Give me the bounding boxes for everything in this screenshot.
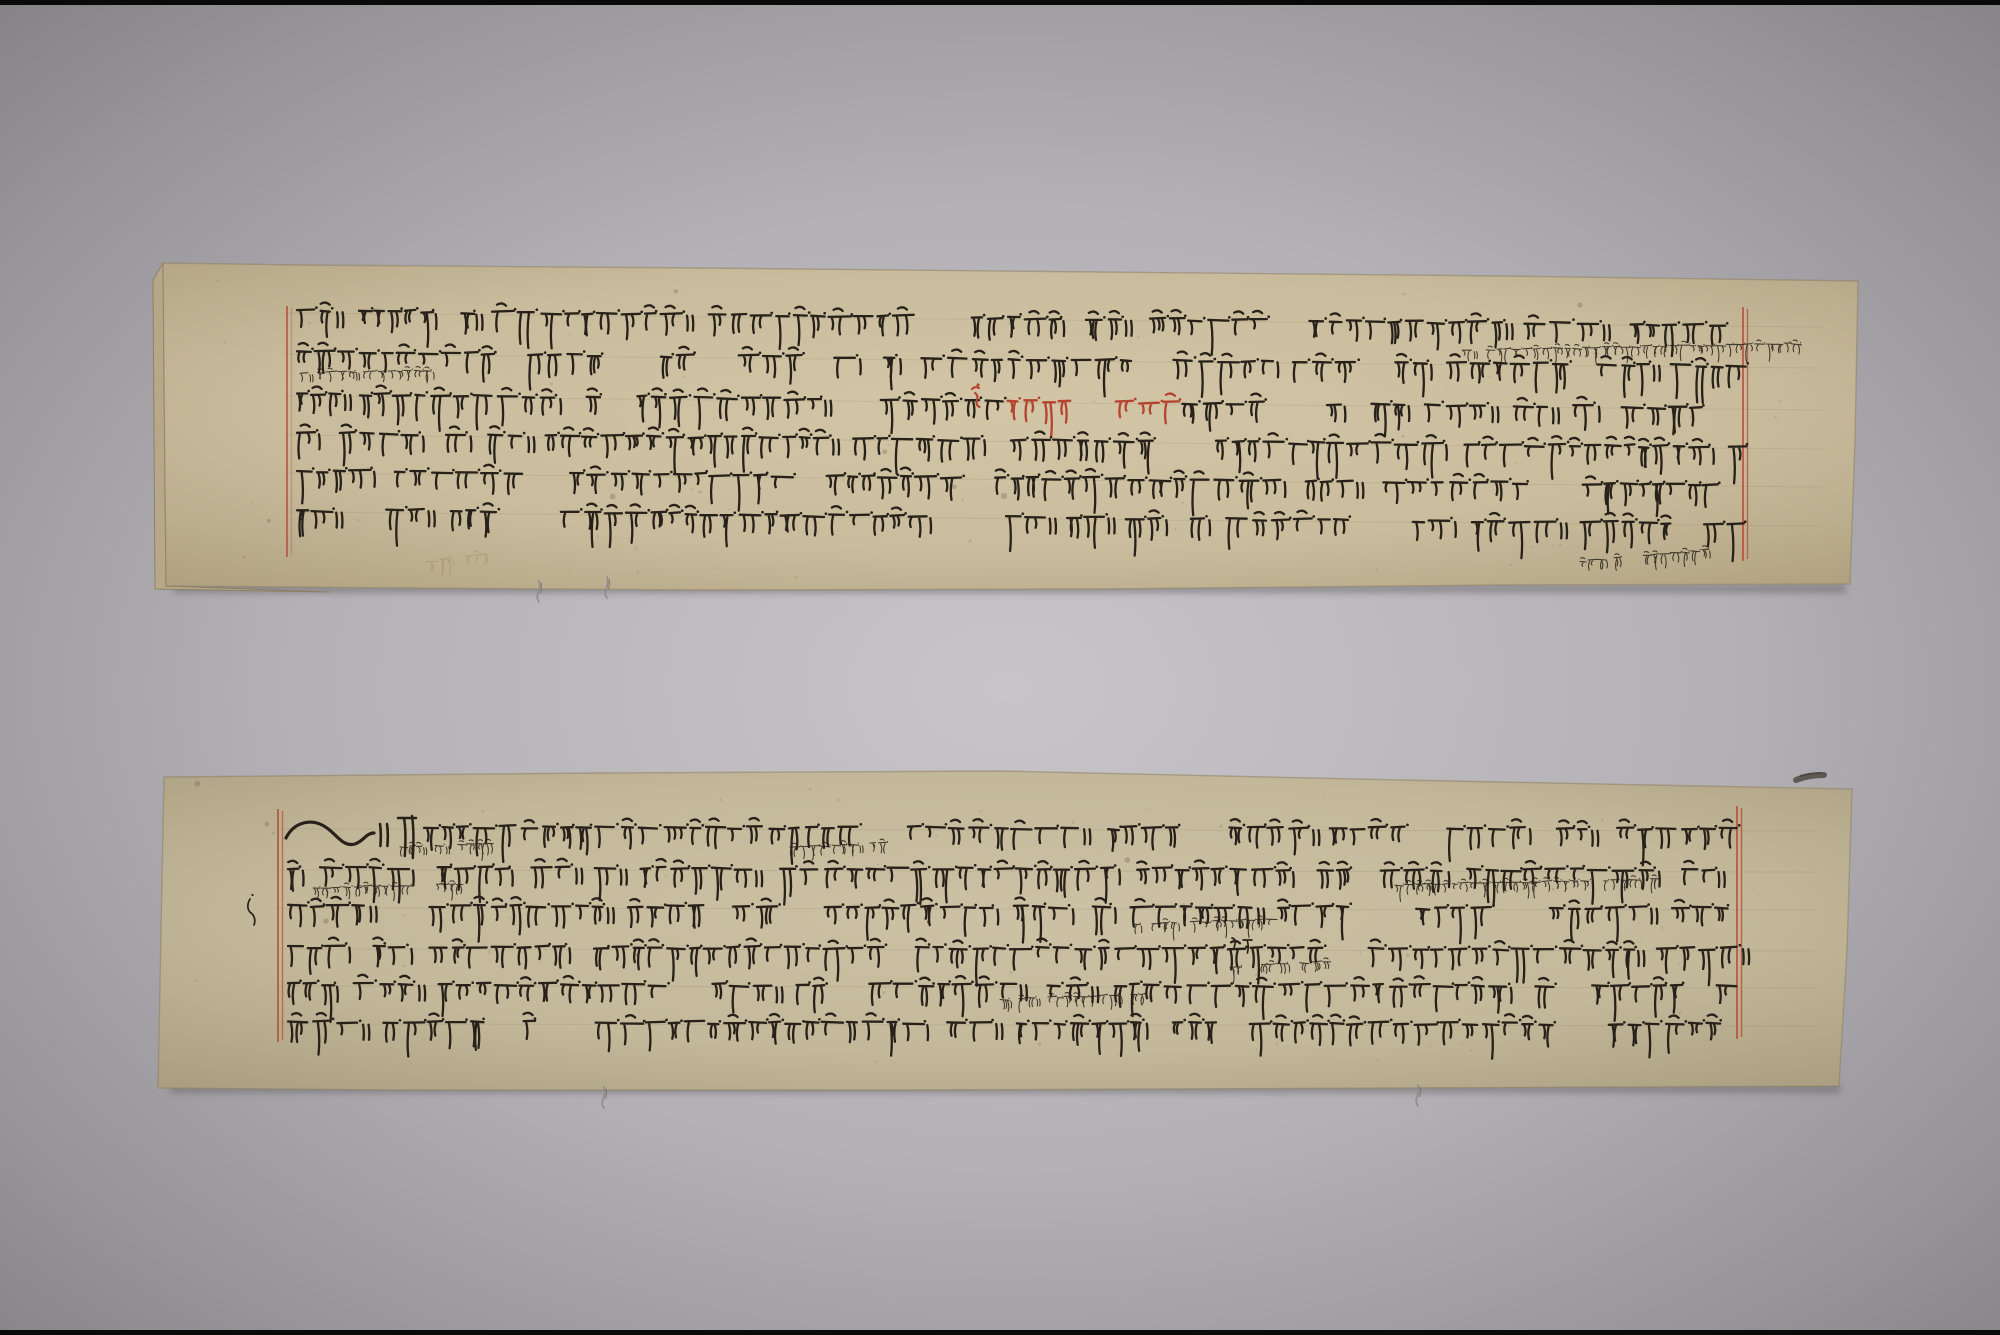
tsheg-dot	[1702, 404, 1705, 407]
tsheg-dot	[345, 942, 348, 945]
tsheg-dot	[406, 944, 409, 947]
tsheg-dot	[1263, 944, 1266, 947]
speckle	[1766, 1057, 1767, 1058]
tsheg-dot	[1581, 442, 1584, 445]
tsheg-dot	[475, 842, 476, 843]
tsheg-dot	[508, 865, 511, 868]
tsheg-dot	[1600, 905, 1603, 908]
tsheg-dot	[1267, 315, 1270, 318]
tsheg-dot	[766, 471, 769, 474]
tsheg-dot	[1689, 343, 1690, 344]
speckle	[1175, 528, 1177, 530]
tsheg-dot	[980, 396, 983, 399]
tsheg-dot	[1270, 1020, 1273, 1023]
speckle	[1802, 376, 1804, 378]
tsheg-dot	[1428, 946, 1431, 949]
tsheg-dot	[1629, 345, 1630, 346]
speckle	[720, 798, 723, 801]
tsheg-dot	[444, 557, 445, 558]
tsheg-dot	[1285, 438, 1288, 441]
tsheg-dot	[1123, 475, 1126, 478]
tsheg-dot	[778, 433, 781, 436]
tsheg-dot	[945, 823, 948, 826]
tsheg-dot	[1161, 400, 1164, 403]
tsheg-dot	[1619, 946, 1622, 949]
tsheg-dot	[879, 904, 882, 907]
tsheg-dot	[1324, 944, 1327, 947]
tsheg-dot	[664, 393, 667, 396]
speckle	[1601, 819, 1604, 822]
tsheg-dot	[684, 902, 687, 905]
tsheg-dot	[480, 553, 481, 554]
tsheg-dot	[974, 864, 977, 867]
tsheg-dot	[446, 903, 449, 906]
tsheg-dot	[974, 904, 977, 907]
tsheg-dot	[482, 1017, 485, 1020]
tsheg-dot	[1245, 918, 1246, 919]
tsheg-dot	[1007, 474, 1010, 477]
speckle	[664, 875, 667, 878]
tsheg-dot	[1244, 438, 1247, 441]
tsheg-dot	[1649, 360, 1652, 363]
tsheg-dot	[800, 845, 801, 846]
tsheg-dot	[340, 886, 341, 887]
tsheg-dot	[760, 943, 763, 946]
tsheg-dot	[788, 312, 791, 315]
speckle	[1359, 951, 1361, 953]
tsheg-dot	[1134, 398, 1137, 401]
tsheg-dot	[983, 314, 986, 317]
speckle	[1552, 545, 1554, 547]
tsheg-dot	[1386, 823, 1389, 826]
speckle	[683, 375, 686, 378]
tsheg-dot	[535, 393, 538, 396]
tsheg-dot	[1466, 402, 1469, 405]
tsheg-dot	[1223, 944, 1226, 947]
tsheg-dot	[441, 883, 442, 884]
speckle	[1376, 569, 1378, 571]
tsheg-dot	[886, 513, 889, 516]
tsheg-dot	[366, 863, 369, 866]
tsheg-dot	[1642, 1021, 1645, 1024]
tsheg-dot	[1500, 881, 1501, 882]
speckle	[1641, 937, 1643, 939]
tsheg-dot	[485, 842, 486, 843]
tsheg-dot	[470, 902, 473, 905]
tsheg-dot	[1508, 946, 1511, 949]
tsheg-dot	[1627, 879, 1628, 880]
tsheg-dot	[557, 432, 560, 435]
tsheg-dot	[1560, 879, 1561, 880]
tsheg-dot	[1621, 556, 1622, 557]
tsheg-dot	[1289, 867, 1292, 870]
tsheg-dot	[1138, 823, 1141, 826]
tsheg-dot	[1066, 357, 1069, 360]
tsheg-dot	[1468, 478, 1471, 481]
tsheg-dot	[1162, 824, 1165, 827]
tsheg-dot	[671, 353, 674, 356]
tsheg-dot	[808, 981, 811, 984]
tsheg-dot	[1686, 403, 1689, 406]
tsheg-dot	[1650, 983, 1653, 986]
tsheg-dot	[1079, 475, 1082, 478]
speckle	[1008, 322, 1010, 324]
lower-leaf	[158, 771, 1852, 1108]
tsheg-dot	[1531, 347, 1532, 348]
speckle	[216, 279, 219, 282]
tsheg-dot	[810, 433, 813, 436]
tsheg-dot	[474, 865, 477, 868]
speckle	[1578, 303, 1583, 308]
speckle	[481, 810, 484, 813]
tsheg-dot	[1291, 1020, 1294, 1023]
tsheg-dot	[630, 943, 633, 946]
tsheg-dot	[1390, 1019, 1393, 1022]
tsheg-dot	[1590, 879, 1591, 880]
tsheg-dot	[1070, 866, 1073, 869]
tsheg-dot	[516, 981, 519, 984]
tsheg-dot	[1540, 347, 1541, 348]
tsheg-dot	[888, 312, 891, 315]
tsheg-dot	[488, 552, 489, 553]
tsheg-dot	[393, 980, 396, 983]
tsheg-dot	[1175, 903, 1178, 906]
tsheg-dot	[411, 884, 412, 885]
tsheg-dot	[371, 884, 372, 885]
speckle	[1376, 1060, 1378, 1062]
tsheg-dot	[1492, 904, 1495, 907]
tsheg-dot	[1140, 980, 1143, 983]
tsheg-dot	[607, 945, 610, 948]
tsheg-dot	[640, 311, 643, 314]
tsheg-dot	[644, 980, 647, 983]
speckle	[1514, 462, 1517, 465]
speckle	[1322, 796, 1324, 798]
tsheg-dot	[1520, 881, 1521, 882]
tsheg-dot	[1343, 1019, 1346, 1022]
tsheg-dot	[319, 886, 320, 887]
speckle	[305, 302, 309, 306]
tsheg-dot	[942, 354, 945, 357]
tsheg-dot	[1533, 403, 1536, 406]
tsheg-dot	[1554, 982, 1557, 985]
tsheg-dot	[345, 467, 348, 470]
tsheg-dot	[825, 512, 828, 515]
tsheg-dot	[845, 945, 848, 948]
tsheg-dot	[647, 392, 650, 395]
speckle	[873, 558, 874, 559]
tsheg-dot	[955, 866, 958, 869]
tsheg-dot	[1139, 922, 1140, 923]
tsheg-dot	[1142, 1018, 1145, 1021]
tsheg-dot	[1055, 995, 1056, 996]
speckle	[1059, 323, 1061, 325]
tsheg-dot	[1520, 867, 1523, 870]
tsheg-dot	[898, 396, 901, 399]
tsheg-dot	[354, 370, 355, 371]
speckle	[568, 334, 570, 336]
tsheg-dot	[655, 310, 658, 313]
tsheg-dot	[1273, 982, 1276, 985]
tsheg-dot	[421, 844, 422, 845]
speckle	[567, 569, 570, 572]
tsheg-dot	[355, 429, 358, 432]
tsheg-dot	[1093, 945, 1096, 948]
speckle	[356, 519, 359, 522]
tsheg-dot	[1243, 824, 1246, 827]
tsheg-dot	[1746, 443, 1749, 446]
tsheg-dot	[1744, 520, 1747, 523]
tsheg-dot	[359, 885, 360, 886]
tsheg-dot	[503, 431, 506, 434]
tsheg-dot	[989, 945, 992, 948]
tsheg-dot	[1684, 1020, 1687, 1023]
tsheg-dot	[514, 308, 517, 311]
tsheg-dot	[471, 981, 474, 984]
speckle	[877, 864, 879, 866]
tsheg-dot	[416, 307, 419, 310]
tsheg-dot	[1310, 961, 1311, 962]
red-section-dot	[976, 383, 979, 386]
tsheg-dot	[1608, 879, 1609, 880]
tsheg-dot	[505, 903, 508, 906]
tsheg-dot	[371, 307, 374, 310]
tsheg-dot	[1207, 982, 1210, 985]
tsheg-dot	[1623, 1021, 1626, 1024]
tsheg-dot	[1021, 355, 1024, 358]
tsheg-dot	[1009, 998, 1010, 999]
tsheg-dot	[1634, 867, 1637, 870]
tsheg-dot	[882, 1018, 885, 1021]
tsheg-dot	[1658, 553, 1659, 554]
tsheg-dot	[1424, 882, 1425, 883]
tsheg-dot	[1390, 400, 1393, 403]
speckle	[961, 498, 964, 501]
tsheg-dot	[1503, 319, 1506, 322]
speckle	[272, 832, 275, 835]
tsheg-dot	[1044, 902, 1047, 905]
tsheg-dot	[1530, 945, 1533, 948]
tsheg-dot	[492, 863, 495, 866]
tsheg-dot	[670, 471, 673, 474]
tsheg-dot	[1519, 1019, 1522, 1022]
tsheg-dot	[1103, 316, 1106, 319]
tsheg-dot	[448, 882, 449, 883]
tsheg-dot	[888, 435, 891, 438]
tsheg-dot	[399, 1019, 402, 1022]
tsheg-dot	[1686, 442, 1689, 445]
tsheg-dot	[1573, 825, 1576, 828]
speckle	[1147, 810, 1148, 811]
tsheg-dot	[662, 944, 665, 947]
tsheg-dot	[1706, 363, 1709, 366]
tsheg-dot	[469, 823, 472, 826]
speckle	[1345, 857, 1347, 859]
tsheg-dot	[1062, 996, 1063, 997]
speckle	[610, 494, 616, 500]
tsheg-dot	[1466, 904, 1469, 907]
tsheg-dot	[1691, 360, 1694, 363]
tsheg-dot	[1100, 995, 1101, 996]
tsheg-dot	[843, 865, 846, 868]
tsheg-dot	[412, 369, 413, 370]
tsheg-dot	[1508, 983, 1511, 986]
speckle	[509, 917, 511, 919]
tsheg-dot	[1241, 965, 1242, 966]
tsheg-dot	[1324, 317, 1327, 320]
tsheg-dot	[1004, 397, 1007, 400]
tsheg-dot	[1035, 996, 1036, 997]
manuscript-photo: Museum photograph of two loose leaves of…	[0, 0, 2000, 1335]
tsheg-dot	[719, 1020, 722, 1023]
speckle	[888, 444, 891, 447]
tsheg-dot	[1194, 356, 1197, 359]
tsheg-dot	[904, 512, 907, 515]
tsheg-dot	[846, 511, 849, 514]
tsheg-dot	[400, 307, 403, 310]
tsheg-dot	[665, 1019, 668, 1022]
tsheg-dot	[1703, 344, 1704, 345]
tsheg-dot	[1027, 1020, 1030, 1023]
speckle	[550, 382, 553, 385]
speckle	[403, 965, 406, 968]
tsheg-dot	[770, 312, 773, 315]
speckle	[1137, 336, 1140, 339]
tsheg-dot	[960, 903, 963, 906]
tsheg-dot	[437, 560, 438, 561]
tsheg-dot	[1306, 1019, 1309, 1022]
tsheg-dot	[1225, 865, 1228, 868]
tsheg-dot	[1458, 882, 1459, 883]
tsheg-dot	[819, 844, 820, 845]
tsheg-dot	[1581, 944, 1584, 947]
speckle	[267, 519, 271, 523]
tsheg-dot	[1249, 982, 1252, 985]
tsheg-dot	[647, 509, 650, 512]
tsheg-dot	[795, 433, 798, 436]
speckle	[636, 571, 638, 573]
tsheg-dot	[470, 393, 473, 396]
tsheg-dot	[682, 434, 685, 437]
tsheg-dot	[449, 392, 452, 395]
tsheg-dot	[578, 310, 581, 313]
tsheg-dot	[802, 943, 805, 946]
tsheg-dot	[839, 843, 840, 844]
tsheg-dot	[317, 980, 320, 983]
tsheg-dot	[1789, 341, 1790, 342]
tsheg-dot	[1612, 345, 1613, 346]
tsheg-dot	[583, 350, 586, 353]
tsheg-dot	[334, 981, 337, 984]
tsheg-dot	[817, 823, 820, 826]
tsheg-dot	[1308, 358, 1311, 361]
tsheg-dot	[1127, 1020, 1130, 1023]
tsheg-dot	[1022, 475, 1025, 478]
tsheg-dot	[1468, 981, 1471, 984]
speckle	[250, 501, 253, 504]
speckle	[838, 798, 841, 801]
tsheg-dot	[1114, 864, 1117, 867]
tsheg-dot	[1065, 1020, 1068, 1023]
tsheg-dot	[601, 352, 604, 355]
speckle	[1530, 545, 1533, 548]
tsheg-dot	[371, 392, 374, 395]
tsheg-dot	[427, 467, 430, 470]
tsheg-dot	[1478, 441, 1481, 444]
tsheg-dot	[1647, 903, 1650, 906]
tsheg-dot	[1331, 478, 1334, 481]
speckle	[1430, 1046, 1432, 1048]
tsheg-dot	[597, 433, 600, 436]
tsheg-dot	[1301, 981, 1304, 984]
tsheg-dot	[823, 312, 826, 315]
speckle	[1219, 825, 1222, 828]
tsheg-dot	[760, 394, 763, 397]
tsheg-dot	[1031, 945, 1034, 948]
tsheg-dot	[1289, 516, 1292, 519]
tsheg-dot	[1744, 342, 1745, 343]
speckle	[1080, 524, 1082, 526]
tsheg-dot	[1264, 918, 1265, 919]
tsheg-dot	[1488, 945, 1491, 948]
tsheg-dot	[379, 884, 380, 885]
tsheg-dot	[659, 824, 662, 827]
tsheg-dot	[1506, 825, 1509, 828]
tsheg-dot	[680, 1019, 683, 1022]
speckle	[690, 488, 693, 491]
tsheg-dot	[1452, 982, 1455, 985]
tsheg-dot	[1715, 825, 1718, 828]
tsheg-dot	[804, 396, 807, 399]
speckle	[1460, 1042, 1463, 1045]
tsheg-dot	[535, 308, 538, 311]
tsheg-dot	[751, 903, 754, 906]
tsheg-dot	[1465, 319, 1468, 322]
tsheg-dot	[1384, 944, 1387, 947]
tsheg-dot	[1715, 946, 1718, 949]
tsheg-dot	[1601, 481, 1604, 484]
tsheg-dot	[1582, 865, 1585, 868]
speckle	[1676, 799, 1678, 801]
tsheg-dot	[755, 432, 758, 435]
tsheg-dot	[922, 823, 925, 826]
tsheg-dot	[873, 472, 876, 475]
tsheg-dot	[948, 980, 951, 983]
tsheg-dot	[704, 434, 707, 437]
tsheg-dot	[858, 473, 861, 476]
speckle	[596, 535, 599, 538]
tsheg-dot	[1719, 1019, 1722, 1022]
tsheg-dot	[1443, 440, 1446, 443]
photo-canvas	[0, 0, 2000, 1335]
tsheg-dot	[962, 474, 965, 477]
tsheg-dot	[1723, 521, 1726, 524]
tsheg-dot	[1308, 825, 1311, 828]
tsheg-dot	[1588, 345, 1589, 346]
tsheg-dot	[705, 470, 708, 473]
tsheg-dot	[818, 944, 821, 947]
tsheg-dot	[1495, 348, 1496, 349]
tsheg-dot	[1450, 517, 1453, 520]
tsheg-dot	[556, 823, 559, 826]
tsheg-dot	[1510, 347, 1511, 348]
tsheg-dot	[547, 903, 550, 906]
tsheg-dot	[1543, 442, 1546, 445]
tsheg-dot	[1484, 518, 1487, 521]
speckle	[729, 508, 731, 510]
tsheg-dot	[1668, 442, 1671, 445]
speckle	[1446, 385, 1448, 387]
